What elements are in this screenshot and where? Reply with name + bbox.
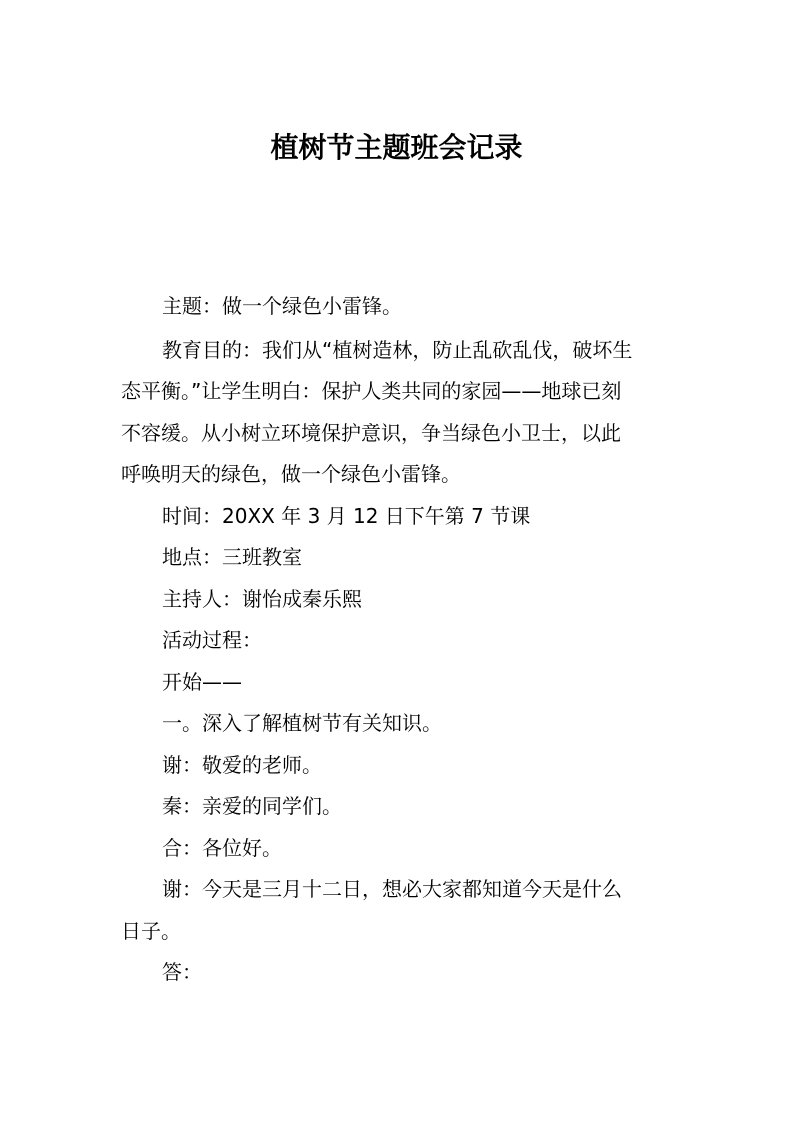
paragraph-process-heading: 活动过程： xyxy=(162,626,262,654)
paragraph-time: 时间：20XX 年 3 月 12 日下午第 7 节课 xyxy=(162,502,530,530)
dialogue-line: 秦：亲爱的同学们。 xyxy=(162,792,342,820)
paragraph-location: 地点：三班教室 xyxy=(162,543,302,571)
paragraph-purpose-line-4: 呼唤明天的绿色，做一个绿色小雷锋。 xyxy=(121,460,461,488)
dialogue-line: 合：各位好。 xyxy=(162,834,282,862)
dialogue-line: 谢：敬爱的老师。 xyxy=(162,751,322,779)
dialogue-line-continuation: 日子。 xyxy=(121,917,181,945)
dialogue-line: 谢：今天是三月十二日，想必大家都知道今天是什么 xyxy=(162,875,622,903)
paragraph-purpose-line-2: 态平衡。”让学生明白：保护人类共同的家园——地球已刻 xyxy=(121,377,621,405)
paragraph-start: 开始—— xyxy=(162,668,242,696)
paragraph-purpose-line-3: 不容缓。从小树立环境保护意识，争当绿色小卫士，以此 xyxy=(121,419,621,447)
paragraph-purpose-line-1: 教育目的：我们从“植树造林，防止乱砍乱伐，破坏生 xyxy=(162,336,632,364)
paragraph-theme: 主题：做一个绿色小雷锋。 xyxy=(162,292,402,320)
document-title: 植树节主题班会记录 xyxy=(0,128,793,168)
section-heading-1: 一。深入了解植树节有关知识。 xyxy=(162,709,442,737)
document-page: 植树节主题班会记录 主题：做一个绿色小雷锋。 教育目的：我们从“植树造林，防止乱… xyxy=(0,0,793,1122)
dialogue-line: 答： xyxy=(162,958,202,986)
paragraph-host: 主持人：谢怡成秦乐熙 xyxy=(162,585,362,613)
